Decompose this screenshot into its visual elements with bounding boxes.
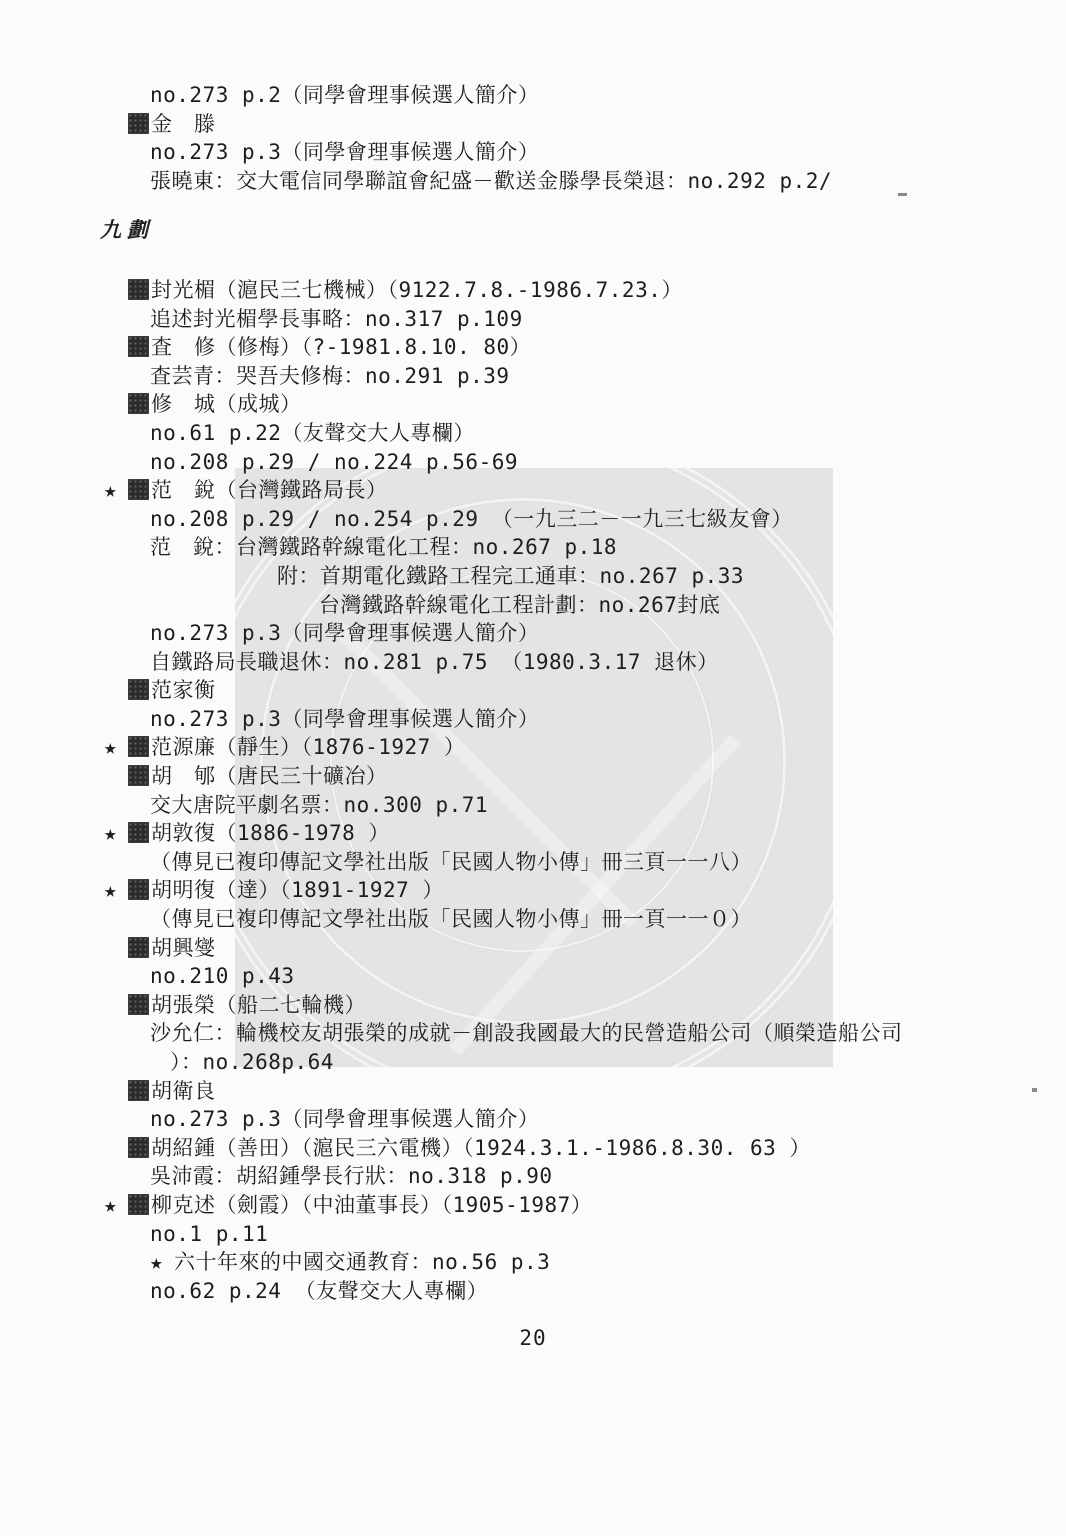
page-number: 20 bbox=[0, 1326, 1066, 1350]
photo-stamp-icon bbox=[128, 1194, 149, 1215]
reference-text: no.210 p.43 bbox=[150, 964, 295, 988]
reference-text: 六十年來的中國交通教育：no.56 p.3 bbox=[174, 1250, 550, 1274]
reference-text: 沙允仁：輪機校友胡張榮的成就－創設我國最大的民營造船公司（順榮造船公司 bbox=[150, 1021, 903, 1045]
reference-text: no.208 p.29 / no.254 p.29 （一九三二－一九三七級友會） bbox=[150, 507, 793, 531]
reference-text: no.61 p.22（友聲交大人專欄） bbox=[150, 421, 475, 445]
photo-stamp-icon bbox=[128, 336, 149, 357]
entry-name: 胡張榮（船二七輪機） bbox=[151, 993, 366, 1017]
reference-text: （傳見已複印傳記文學社出版「民國人物小傳」冊一頁一一０） bbox=[150, 907, 752, 931]
entry-name: 胡明復（達）（1891-1927 ） bbox=[151, 878, 444, 902]
index-content: no.273 p.2（同學會理事候選人簡介） 金 滕 no.273 p.3（同學… bbox=[0, 81, 1066, 1305]
index-line: no.273 p.2（同學會理事候選人簡介） bbox=[0, 81, 1066, 110]
index-entry: 范家衡 bbox=[0, 676, 1066, 705]
reference-text: 追述封光楣學長事略：no.317 p.109 bbox=[150, 307, 523, 331]
reference-text: 張曉東：交大電信同學聯誼會紀盛－歡送金滕學長榮退：no.292 p.2/ bbox=[150, 169, 832, 193]
index-line: no.273 p.3（同學會理事候選人簡介） bbox=[0, 1105, 1066, 1134]
entry-name: 金 滕 bbox=[151, 112, 216, 136]
photo-stamp-icon bbox=[128, 937, 149, 958]
photo-stamp-icon bbox=[128, 879, 149, 900]
reference-text: 査芸青：哭吾夫修梅：no.291 p.39 bbox=[150, 364, 510, 388]
reference-text: no.273 p.2（同學會理事候選人簡介） bbox=[150, 83, 539, 107]
reference-text: 自鐵路局長職退休：no.281 p.75 （1980.3.17 退休） bbox=[150, 650, 719, 674]
index-line: no.208 p.29 / no.254 p.29 （一九三二－一九三七級友會） bbox=[0, 505, 1066, 534]
index-line: no.208 p.29 / no.224 p.56-69 bbox=[0, 448, 1066, 477]
index-line: ）：no.268p.64 bbox=[0, 1048, 1066, 1077]
photo-stamp-icon bbox=[128, 679, 149, 700]
star-icon: ★ bbox=[104, 733, 128, 762]
index-entry: ★范 銳（台灣鐵路局長） bbox=[0, 476, 1066, 505]
index-line: 附：首期電化鐵路工程完工通車：no.267 p.33 bbox=[0, 562, 1066, 591]
entry-name: 范 銳（台灣鐵路局長） bbox=[151, 478, 388, 502]
index-entry: 胡興燮 bbox=[0, 934, 1066, 963]
photo-stamp-icon bbox=[128, 113, 149, 134]
reference-text: no.273 p.3（同學會理事候選人簡介） bbox=[150, 621, 539, 645]
index-entry: 胡 郇（唐民三十礦冶） bbox=[0, 762, 1066, 791]
entry-name: 柳克述（劍霞）（中油董事長）（1905-1987） bbox=[151, 1193, 592, 1217]
index-line: no.61 p.22（友聲交大人專欄） bbox=[0, 419, 1066, 448]
reference-text: 台灣鐵路幹線電化工程計劃：no.267封底 bbox=[319, 593, 720, 617]
index-line: 沙允仁：輪機校友胡張榮的成就－創設我國最大的民營造船公司（順榮造船公司 bbox=[0, 1019, 1066, 1048]
section-header: 九劃 bbox=[0, 216, 1066, 245]
reference-text: 范 銳：台灣鐵路幹線電化工程：no.267 p.18 bbox=[150, 535, 617, 559]
index-entry: 胡紹鍾（善田）（滬民三六電機）（1924.3.1.-1986.8.30. 63 … bbox=[0, 1134, 1066, 1163]
photo-stamp-icon bbox=[128, 479, 149, 500]
index-entry: ★胡明復（達）（1891-1927 ） bbox=[0, 876, 1066, 905]
photo-stamp-icon bbox=[128, 994, 149, 1015]
entry-name: 胡紹鍾（善田）（滬民三六電機）（1924.3.1.-1986.8.30. 63 … bbox=[151, 1136, 811, 1160]
entry-name: 胡 郇（唐民三十礦冶） bbox=[151, 764, 388, 788]
reference-text: no.62 p.24 （友聲交大人專欄） bbox=[150, 1279, 488, 1303]
entry-name: 胡衛良 bbox=[151, 1079, 216, 1103]
scanned-page: no.273 p.2（同學會理事候選人簡介） 金 滕 no.273 p.3（同學… bbox=[0, 0, 1066, 1536]
photo-stamp-icon bbox=[128, 1080, 149, 1101]
index-entry: 胡衛良 bbox=[0, 1077, 1066, 1106]
index-line: 査芸青：哭吾夫修梅：no.291 p.39 bbox=[0, 362, 1066, 391]
index-entry: 修 城（成城） bbox=[0, 390, 1066, 419]
index-line: 張曉東：交大電信同學聯誼會紀盛－歡送金滕學長榮退：no.292 p.2/ bbox=[0, 167, 1066, 196]
index-entry: 査 修（修梅）（?-1981.8.10. 80） bbox=[0, 333, 1066, 362]
index-line: 追述封光楣學長事略：no.317 p.109 bbox=[0, 305, 1066, 334]
index-line: no.210 p.43 bbox=[0, 962, 1066, 991]
star-icon: ★ bbox=[150, 1248, 174, 1277]
index-line: no.1 p.11 bbox=[0, 1220, 1066, 1249]
index-line: no.273 p.3（同學會理事候選人簡介） bbox=[0, 705, 1066, 734]
star-icon: ★ bbox=[104, 819, 128, 848]
photo-stamp-icon bbox=[128, 736, 149, 757]
entry-name: 封光楣（滬民三七機械）（9122.7.8.-1986.7.23.） bbox=[151, 278, 683, 302]
index-line: ★六十年來的中國交通教育：no.56 p.3 bbox=[0, 1248, 1066, 1277]
index-line: 交大唐院平劇名票：no.300 p.71 bbox=[0, 791, 1066, 820]
index-entry: 封光楣（滬民三七機械）（9122.7.8.-1986.7.23.） bbox=[0, 276, 1066, 305]
index-entry: ★柳克述（劍霞）（中油董事長）（1905-1987） bbox=[0, 1191, 1066, 1220]
index-line: 自鐵路局長職退休：no.281 p.75 （1980.3.17 退休） bbox=[0, 648, 1066, 677]
index-line: no.273 p.3（同學會理事候選人簡介） bbox=[0, 619, 1066, 648]
photo-stamp-icon bbox=[128, 279, 149, 300]
photo-stamp-icon bbox=[128, 393, 149, 414]
reference-text: no.273 p.3（同學會理事候選人簡介） bbox=[150, 140, 539, 164]
index-entry: 金 滕 bbox=[0, 110, 1066, 139]
reference-text: no.1 p.11 bbox=[150, 1222, 268, 1246]
entry-name: 胡敦復（1886-1978 ） bbox=[151, 821, 390, 845]
index-line: 台灣鐵路幹線電化工程計劃：no.267封底 bbox=[0, 591, 1066, 620]
entry-name: 修 城（成城） bbox=[151, 392, 302, 416]
index-line: 范 銳：台灣鐵路幹線電化工程：no.267 p.18 bbox=[0, 533, 1066, 562]
photo-stamp-icon bbox=[128, 765, 149, 786]
index-entry: 胡張榮（船二七輪機） bbox=[0, 991, 1066, 1020]
index-line: no.62 p.24 （友聲交大人專欄） bbox=[0, 1277, 1066, 1306]
reference-text: 吳沛霞：胡紹鍾學長行狀：no.318 p.90 bbox=[150, 1164, 553, 1188]
reference-text: 附：首期電化鐵路工程完工通車：no.267 p.33 bbox=[277, 564, 744, 588]
index-entry: ★胡敦復（1886-1978 ） bbox=[0, 819, 1066, 848]
entry-name: 胡興燮 bbox=[151, 936, 216, 960]
reference-text: no.273 p.3（同學會理事候選人簡介） bbox=[150, 1107, 539, 1131]
reference-text: ）：no.268p.64 bbox=[170, 1050, 334, 1074]
index-entry: ★范源廉（靜生）（1876-1927 ） bbox=[0, 733, 1066, 762]
reference-text: （傳見已複印傳記文學社出版「民國人物小傳」冊三頁一一八） bbox=[150, 850, 752, 874]
index-line: no.273 p.3（同學會理事候選人簡介） bbox=[0, 138, 1066, 167]
reference-text: no.273 p.3（同學會理事候選人簡介） bbox=[150, 707, 539, 731]
photo-stamp-icon bbox=[128, 1137, 149, 1158]
entry-name: 范家衡 bbox=[151, 678, 216, 702]
star-icon: ★ bbox=[104, 476, 128, 505]
index-line: （傳見已複印傳記文學社出版「民國人物小傳」冊三頁一一八） bbox=[0, 848, 1066, 877]
reference-text: no.208 p.29 / no.224 p.56-69 bbox=[150, 450, 518, 474]
star-icon: ★ bbox=[104, 876, 128, 905]
reference-text: 交大唐院平劇名票：no.300 p.71 bbox=[150, 793, 488, 817]
photo-stamp-icon bbox=[128, 822, 149, 843]
index-line: （傳見已複印傳記文學社出版「民國人物小傳」冊一頁一一０） bbox=[0, 905, 1066, 934]
star-icon: ★ bbox=[104, 1191, 128, 1220]
section-header-text: 九劃 bbox=[100, 218, 154, 242]
entry-name: 査 修（修梅）（?-1981.8.10. 80） bbox=[151, 335, 531, 359]
entry-name: 范源廉（靜生）（1876-1927 ） bbox=[151, 735, 465, 759]
index-line: 吳沛霞：胡紹鍾學長行狀：no.318 p.90 bbox=[0, 1162, 1066, 1191]
